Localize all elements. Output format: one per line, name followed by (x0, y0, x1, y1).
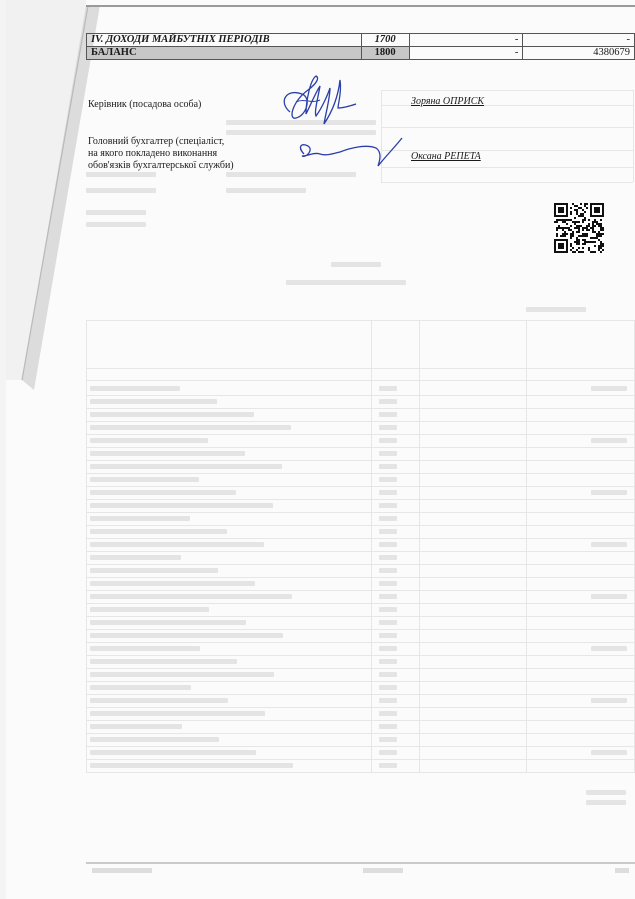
accountant-label-line: обов'язків бухгалтерської служби) (88, 160, 234, 172)
row-code: 1800 (361, 47, 409, 60)
accountant-name: Оксана РЕПЕТА (411, 151, 481, 162)
row-code: 1700 (361, 34, 409, 47)
table-row-deferred-income: IV. ДОХОДИ МАЙБУТНІХ ПЕРІОДІВ 1700 - - (87, 34, 635, 47)
footer-center-text (363, 868, 403, 873)
accountant-signature (296, 134, 406, 174)
footer-left-text (92, 868, 152, 873)
start-period-value: - (409, 47, 523, 60)
director-name: Зоряна ОПРИСК (411, 96, 484, 107)
row-name: IV. ДОХОДИ МАЙБУТНІХ ПЕРІОДІВ (87, 34, 362, 47)
footer-page-number (615, 868, 629, 873)
director-label: Керівник (посадова особа) (88, 99, 201, 111)
table-row-balance: БАЛАНС 1800 - 4380679 (87, 47, 635, 60)
footer-divider (86, 862, 635, 864)
accountant-label: Головний бухгалтер (спеціаліст, на якого… (88, 136, 234, 172)
document-page: IV. ДОХОДИ МАЙБУТНІХ ПЕРІОДІВ 1700 - - Б… (0, 0, 635, 899)
row-name: БАЛАНС (87, 47, 362, 60)
accountant-label-line: Головний бухгалтер (спеціаліст, (88, 136, 234, 148)
start-period-value: - (409, 34, 523, 47)
balance-table: IV. ДОХОДИ МАЙБУТНІХ ПЕРІОДІВ 1700 - - Б… (86, 33, 635, 60)
end-period-value: 4380679 (523, 47, 635, 60)
folded-corner (0, 0, 100, 899)
accountant-label-line: на якого покладено виконання (88, 148, 234, 160)
page-top-edge (86, 5, 635, 7)
director-signature (276, 72, 366, 132)
reverse-side-bleed-through (86, 0, 635, 899)
qr-code (554, 203, 604, 253)
end-period-value: - (523, 34, 635, 47)
